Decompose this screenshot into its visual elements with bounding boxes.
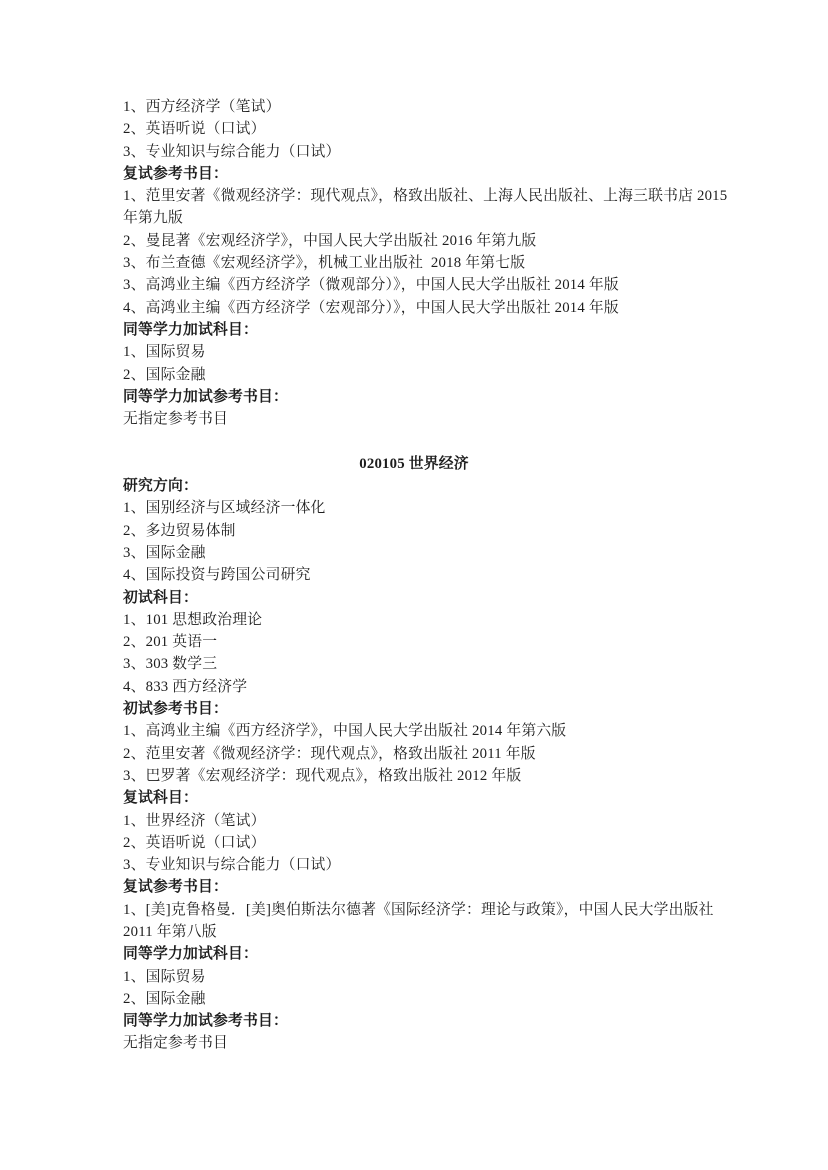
doc-heading: 初试科目： xyxy=(123,587,705,609)
doc-line: 1、101 思想政治理论 xyxy=(123,609,705,631)
doc-heading: 复试参考书目： xyxy=(123,163,705,185)
doc-line: 2、曼昆著《宏观经济学》，中国人民大学出版社 2016 年第九版 xyxy=(123,230,705,252)
doc-line: 3、专业知识与综合能力（口试） xyxy=(123,141,705,163)
doc-heading: 同等学力加试科目： xyxy=(123,943,705,965)
doc-line: 2、英语听说（口试） xyxy=(123,832,705,854)
doc-line: 3、专业知识与综合能力（口试） xyxy=(123,854,705,876)
doc-line: 3、布兰查德《宏观经济学》，机械工业出版社 2018 年第七版 xyxy=(123,252,705,274)
doc-heading: 同等学力加试科目： xyxy=(123,319,705,341)
doc-line: 3、303 数学三 xyxy=(123,653,705,675)
doc-heading: 复试科目： xyxy=(123,787,705,809)
doc-line: 无指定参考书目 xyxy=(123,408,705,430)
doc-heading: 研究方向： xyxy=(123,475,705,497)
doc-line: 4、高鸿业主编《西方经济学（宏观部分）》，中国人民大学出版社 2014 年版 xyxy=(123,297,705,319)
doc-line: 1、高鸿业主编《西方经济学》，中国人民大学出版社 2014 年第六版 xyxy=(123,720,705,742)
doc-line-continuation: 年第九版 xyxy=(123,207,705,229)
doc-line: 2、范里安著《微观经济学：现代观点》，格致出版社 2011 年版 xyxy=(123,743,705,765)
doc-heading: 同等学力加试参考书目： xyxy=(123,386,705,408)
doc-heading: 初试参考书目： xyxy=(123,698,705,720)
doc-line: 2、201 英语一 xyxy=(123,631,705,653)
doc-line: 1、范里安著《微观经济学：现代观点》，格致出版社、上海人民出版社、上海三联书店 … xyxy=(123,185,705,207)
doc-line: 2、国际金融 xyxy=(123,988,705,1010)
doc-line: 1、国别经济与区域经济一体化 xyxy=(123,497,705,519)
doc-heading: 复试参考书目： xyxy=(123,876,705,898)
doc-line: 无指定参考书目 xyxy=(123,1032,705,1054)
doc-heading: 同等学力加试参考书目： xyxy=(123,1010,705,1032)
doc-line: 2、英语听说（口试） xyxy=(123,118,705,140)
doc-line: 1、西方经济学（笔试） xyxy=(123,96,705,118)
doc-line: 2、多边贸易体制 xyxy=(123,520,705,542)
section-title: 020105 世界经济 xyxy=(123,453,705,475)
doc-line: 3、高鸿业主编《西方经济学（微观部分）》，中国人民大学出版社 2014 年版 xyxy=(123,274,705,296)
doc-line: 4、833 西方经济学 xyxy=(123,676,705,698)
doc-line: 2、国际金融 xyxy=(123,364,705,386)
document-content: 1、西方经济学（笔试）2、英语听说（口试）3、专业知识与综合能力（口试）复试参考… xyxy=(123,96,705,1055)
document-page: 1、西方经济学（笔试）2、英语听说（口试）3、专业知识与综合能力（口试）复试参考… xyxy=(0,0,828,1170)
doc-line-continuation: 2011 年第八版 xyxy=(123,921,705,943)
doc-line: 1、[美]克鲁格曼．[美]奥伯斯法尔德著《国际经济学：理论与政策》，中国人民大学… xyxy=(123,899,705,921)
doc-line: 3、国际金融 xyxy=(123,542,705,564)
doc-line: 1、世界经济（笔试） xyxy=(123,810,705,832)
doc-blank-line xyxy=(123,430,705,452)
doc-line: 4、国际投资与跨国公司研究 xyxy=(123,564,705,586)
doc-line: 1、国际贸易 xyxy=(123,341,705,363)
doc-line: 3、巴罗著《宏观经济学：现代观点》，格致出版社 2012 年版 xyxy=(123,765,705,787)
doc-line: 1、国际贸易 xyxy=(123,966,705,988)
